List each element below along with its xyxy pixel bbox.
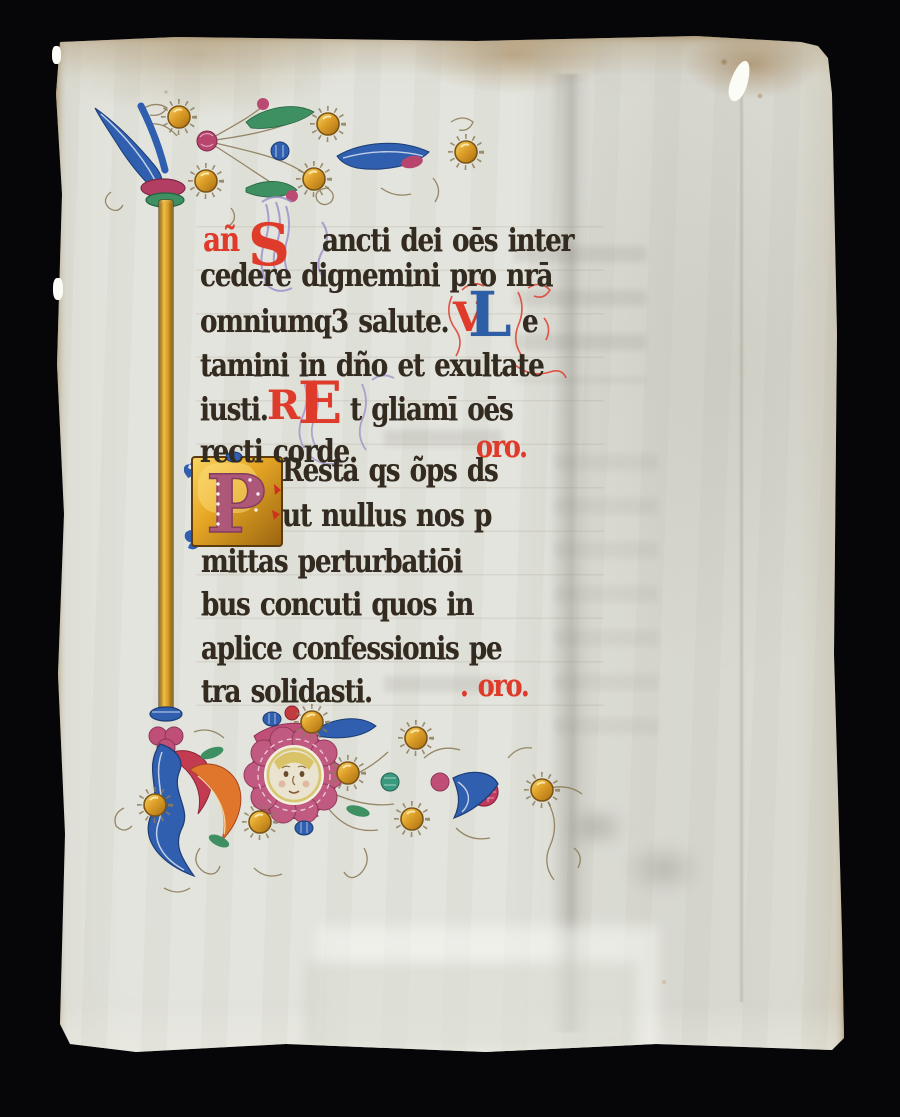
blue-berry [295,821,313,835]
green-leaf [345,803,371,819]
manuscript-photo: P [0,0,900,1117]
text-line-antiphon-3b: e [522,305,537,337]
initial-l: L [468,284,510,346]
parchment-chip [52,46,61,64]
gold-bar-border [159,200,173,713]
rubric-antiphon-mark: añ [203,223,239,257]
text-line-antiphon-5b: t gliamī oēs [350,393,513,425]
gold-bezant [191,166,222,197]
rubric-response-mark: R [267,386,299,426]
text-line-oratio-2: ut nullus nos p [282,499,491,531]
text-line-oratio-1: Resta qs õps ds [282,454,498,486]
text-line-antiphon-4: tamini in dño et exultate [200,349,544,381]
text-line-oratio-5: aplice confessionis pe [201,632,502,664]
rubric-oratio-label-2: . oro. [460,671,528,702]
teal-berry [381,773,399,791]
blue-berry [263,712,281,726]
text-line-antiphon-1: ancti dei oēs inter [322,224,573,256]
show-through-text [554,454,658,734]
manuscript-leaf: P [56,34,846,1060]
bottom-floral-spray [104,698,604,908]
pink-bud [257,98,269,110]
crease-line [740,64,743,1002]
text-line-antiphon-5a: iusti. [200,393,268,425]
gold-bezant [313,109,344,140]
green-leaf [246,107,314,129]
orange-acanthus-leaf [190,764,241,840]
text-line-oratio-6: tra solidasti. [201,675,372,707]
blue-collar [150,707,182,721]
blue-berry [271,142,289,160]
gold-bezant [451,137,482,168]
text-line-oratio-3: mittas perturbatiōi [201,545,462,577]
initial-p-letter: P [206,457,266,550]
initial-e: E [298,374,341,432]
text-line-oratio-4: bus concuti quos in [201,588,473,620]
pink-berry [431,773,449,791]
gold-bezant [397,804,428,835]
face-medallion [244,727,344,823]
parchment-chip [53,278,63,300]
gold-bezant [527,775,558,806]
parchment-gray-patch [306,962,636,1050]
text-line-antiphon-3: omniumq3 salute. [200,305,448,337]
gold-bezant [401,723,432,754]
